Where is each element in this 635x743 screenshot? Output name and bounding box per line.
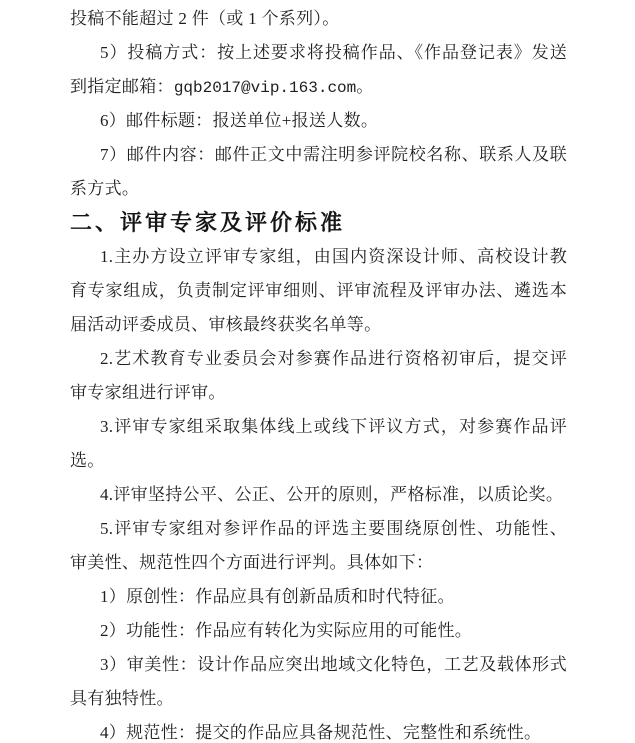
- text-line: 具有独特性。: [70, 682, 567, 716]
- text-line: 4）规范性：提交的作品应具备规范性、完整性和系统性。: [70, 716, 567, 743]
- text-line: 1.主办方设立评审专家组，由国内资深设计师、高校设计教: [70, 240, 567, 274]
- text-line: 3.评审专家组采取集体线上或线下评议方式，对参赛作品评: [70, 410, 567, 444]
- text-line: 4.评审坚持公平、公正、公开的原则，严格标准，以质论奖。: [70, 478, 567, 512]
- text-line: 审专家组进行评审。: [70, 376, 567, 410]
- text-line: 到指定邮箱：gqb2017@vip.163.com。: [70, 70, 567, 104]
- document-page: 投稿不能超过 2 件（或 1 个系列）。5）投稿方式：按上述要求将投稿作品、《作…: [0, 0, 635, 743]
- text-line: 育专家组成，负责制定评审细则、评审流程及评审办法、遴选本: [70, 274, 567, 308]
- text-line: 7）邮件内容：邮件正文中需注明参评院校名称、联系人及联: [70, 138, 567, 172]
- text-line: 2.艺术教育专业委员会对参赛作品进行资格初审后，提交评: [70, 342, 567, 376]
- text-line: 6）邮件标题：报送单位+报送人数。: [70, 104, 567, 138]
- text-line: 选。: [70, 444, 567, 478]
- section-heading: 二、评审专家及评价标准: [70, 206, 567, 240]
- text-line: 5）投稿方式：按上述要求将投稿作品、《作品登记表》发送: [70, 36, 567, 70]
- text-line: 届活动评委成员、审核最终获奖名单等。: [70, 308, 567, 342]
- text-run: 到指定邮箱：: [70, 77, 174, 96]
- text-line: 投稿不能超过 2 件（或 1 个系列）。: [70, 2, 567, 36]
- text-line: 审美性、规范性四个方面进行评判。具体如下：: [70, 546, 567, 580]
- email-address: gqb2017@vip.163.com: [174, 79, 356, 97]
- text-line: 3）审美性：设计作品应突出地域文化特色，工艺及载体形式: [70, 648, 567, 682]
- text-line: 系方式。: [70, 172, 567, 206]
- text-line: 1）原创性：作品应具有创新品质和时代特征。: [70, 580, 567, 614]
- text-run: 。: [356, 77, 373, 96]
- text-line: 2）功能性：作品应有转化为实际应用的可能性。: [70, 614, 567, 648]
- text-line: 5.评审专家组对参评作品的评选主要围绕原创性、功能性、: [70, 512, 567, 546]
